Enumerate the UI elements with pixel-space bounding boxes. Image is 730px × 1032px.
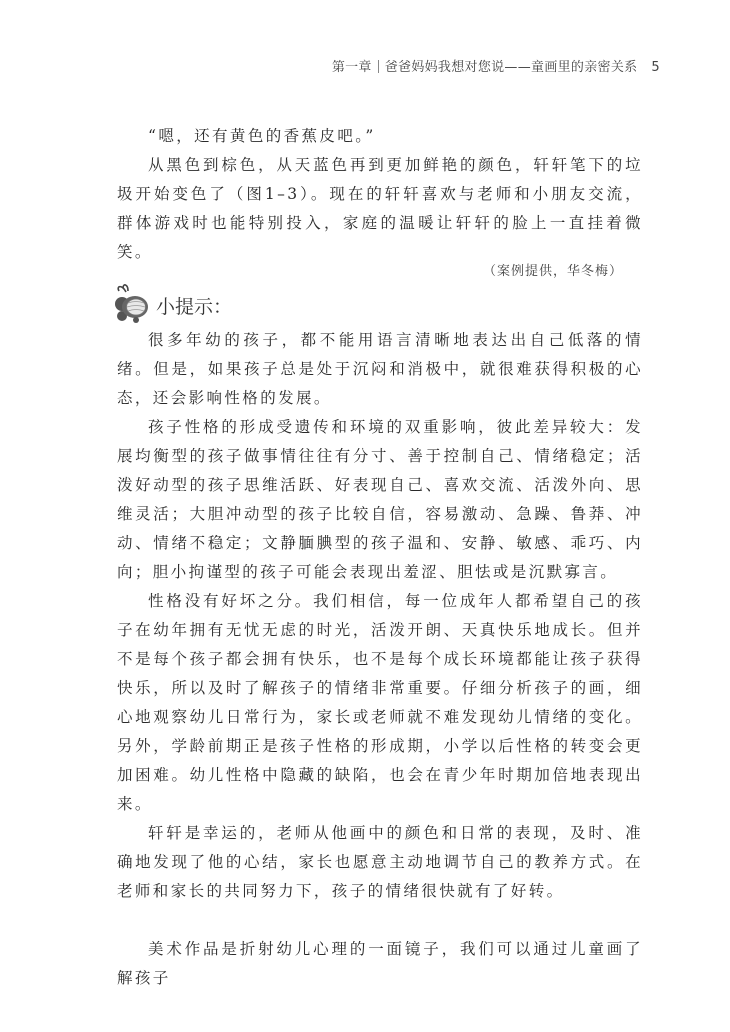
header-divider (378, 60, 379, 73)
tip-heading: 小提示： (112, 282, 232, 328)
page-number: 5 (651, 60, 660, 75)
case-paragraph: 从黑色到棕色，从天蓝色再到更加鲜艳的颜色，轩轩笔下的垃圾开始变色了（图1–3）。… (117, 151, 643, 267)
section-gap (117, 906, 643, 935)
body-paragraph: 轩轩是幸运的，老师从他画中的颜色和日常的表现，及时、准确地发现了他的心结，家长也… (117, 819, 643, 906)
body-paragraph: 孩子性格的形成受遗传和环境的双重影响，彼此差异较大：发展均衡型的孩子做事情往往有… (117, 413, 643, 587)
closing-paragraph: 美术作品是折射幼儿心理的一面镜子，我们可以通过儿童画了解孩子 (117, 935, 643, 993)
case-story: “嗯，还有黄色的香蕉皮吧。” 从黑色到棕色，从天蓝色再到更加鲜艳的颜色，轩轩笔下… (117, 122, 643, 283)
case-credit: （案例提供，华冬梅） (117, 261, 623, 283)
body-paragraph: 性格没有好坏之分。我们相信，每一位成年人都希望自己的孩子在幼年拥有无忧无虑的时光… (117, 587, 643, 819)
chapter-label: 第一章 (332, 60, 372, 75)
body-paragraph: 很多年幼的孩子，都不能用语言清晰地表达出自己低落的情绪。但是，如果孩子总是处于沉… (117, 326, 643, 413)
chapter-title: 爸爸妈妈我想对您说——童画里的亲密关系 (385, 60, 638, 75)
tip-body: 很多年幼的孩子，都不能用语言清晰地表达出自己低落的情绪。但是，如果孩子总是处于沉… (117, 326, 643, 993)
running-header: 第一章爸爸妈妈我想对您说——童画里的亲密关系5 (332, 56, 660, 75)
bee-icon (112, 282, 154, 328)
dialogue-quote: “嗯，还有黄色的香蕉皮吧。” (117, 122, 643, 151)
tip-label: 小提示： (156, 292, 232, 319)
